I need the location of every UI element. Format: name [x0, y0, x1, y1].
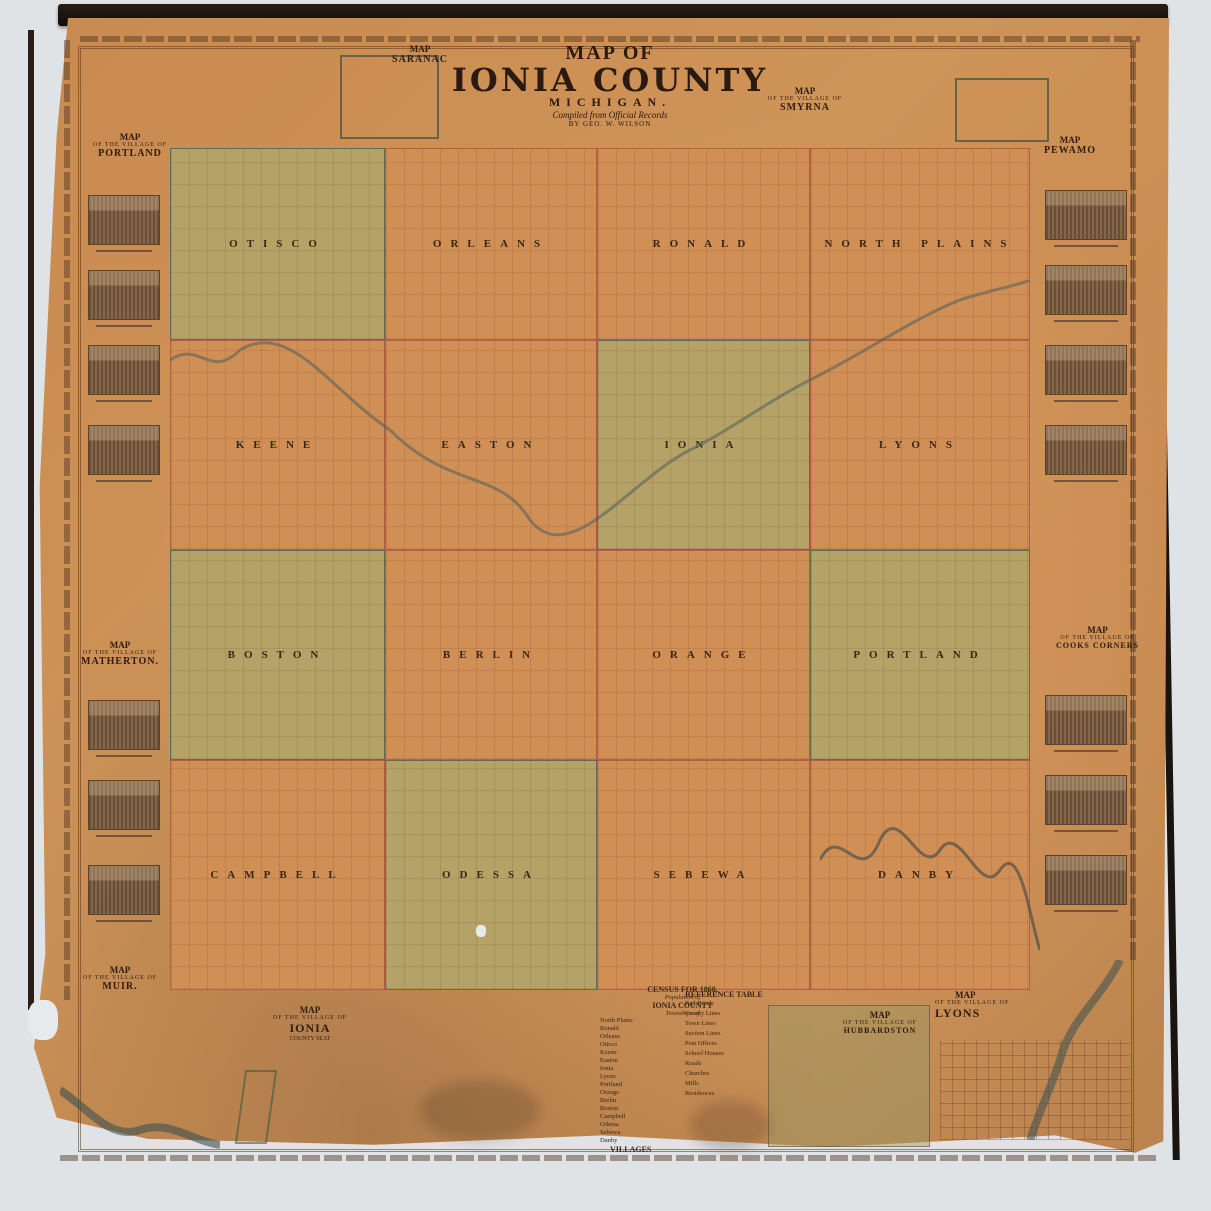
township-campbell: CAMPBELL: [170, 760, 385, 990]
inset-map-label: MAP: [80, 132, 180, 142]
building-engraving: [88, 345, 160, 395]
inset-map-label: MAP: [1025, 135, 1115, 145]
township-label: PORTLAND: [811, 649, 1029, 661]
township-easton: EASTON: [385, 340, 597, 550]
reference-item: Section Lines: [685, 1029, 765, 1039]
census-township-name: Keene: [600, 1049, 617, 1057]
inset-subtitle: COUNTY SEAT: [260, 1036, 360, 1042]
reference-item: County Lines: [685, 1009, 765, 1019]
census-township-name: Berlin: [600, 1097, 616, 1105]
inset-name: MATHERTON.: [70, 656, 170, 667]
township-ionia: IONIA: [597, 340, 810, 550]
township-boston: BOSTON: [170, 550, 385, 760]
building-engraving: [88, 425, 160, 475]
inset-map-label: MAP: [830, 1010, 930, 1020]
census-township-name: Odessa: [600, 1121, 619, 1129]
census-township-name: Sebewa: [600, 1129, 620, 1137]
inset-name: HUBBARDSTON: [830, 1026, 930, 1035]
bottom-chain-border: [60, 1155, 1160, 1161]
reference-table: REFERENCE TABLE Rail RoadsCounty LinesTo…: [685, 990, 765, 1099]
township-label: EASTON: [386, 439, 596, 451]
title-line-2: IONIA COUNTY: [440, 65, 780, 95]
reference-item: School Houses: [685, 1049, 765, 1059]
township-keene: KEENE: [170, 340, 385, 550]
inset-name: MUIR.: [70, 981, 170, 992]
reference-item: Rail Roads: [685, 999, 765, 1009]
stain: [420, 1080, 540, 1140]
title-line-4: Compiled from Official Records: [440, 110, 780, 120]
reference-item: Roads: [685, 1059, 765, 1069]
building-engraving: [1045, 345, 1127, 395]
census-township-name: Boston: [600, 1105, 618, 1113]
building-engraving: [88, 865, 160, 915]
inset-cooks-corners: MAP OF THE VILLAGE OF COOKS CORNERS: [1040, 625, 1155, 650]
building-engraving: [88, 700, 160, 750]
township-north-plains: NORTH PLAINS: [810, 148, 1030, 340]
township-orleans: ORLEANS: [385, 148, 597, 340]
reference-item: Town Lines: [685, 1019, 765, 1029]
township-orange: ORANGE: [597, 550, 810, 760]
township-label: CAMPBELL: [171, 869, 384, 881]
census-township-name: Orange: [600, 1089, 619, 1097]
reference-heading: REFERENCE TABLE: [685, 990, 765, 999]
inset-hubbardston: MAP OF THE VILLAGE OF HUBBARDSTON: [830, 1010, 930, 1035]
building-engraving: [1045, 775, 1127, 825]
township-label: IONIA: [598, 439, 809, 451]
inset-portland: MAP OF THE VILLAGE OF PORTLAND: [80, 132, 180, 159]
torn-corner: [28, 1000, 58, 1040]
building-engraving: [1045, 425, 1127, 475]
lyons-river: [1010, 960, 1130, 1140]
inset-name: PEWAMO: [1025, 145, 1115, 156]
building-engraving: [1045, 855, 1127, 905]
township-label: NORTH PLAINS: [811, 238, 1029, 250]
census-township-name: Orleans: [600, 1033, 620, 1041]
building-engraving: [1045, 190, 1127, 240]
inset-muir: MAP OF THE VILLAGE OF MUIR.: [70, 965, 170, 992]
census-township-name: North Plains: [600, 1017, 633, 1025]
building-engraving: [1045, 265, 1127, 315]
inset-matherton: MAP OF THE VILLAGE OF MATHERTON.: [70, 640, 170, 667]
township-label: OTISCO: [171, 238, 384, 250]
township-otisco: OTISCO: [170, 148, 385, 340]
inset-map-label: MAP: [935, 990, 1015, 1000]
building-engraving: [88, 270, 160, 320]
census-township-name: Ionia: [600, 1065, 613, 1073]
township-label: RONALD: [598, 238, 809, 250]
paper-hole: [476, 925, 486, 937]
township-sebewa: SEBEWA: [597, 760, 810, 990]
inset-name: IONIA: [260, 1021, 360, 1036]
census-township-name: Ronald: [600, 1025, 619, 1033]
census-township-name: Portland: [600, 1081, 622, 1089]
reference-item: Mills: [685, 1079, 765, 1089]
township-label: SEBEWA: [598, 869, 809, 881]
pewamo-boundary: [955, 78, 1049, 142]
building-engraving: [88, 195, 160, 245]
inset-map-label: MAP: [260, 1005, 360, 1015]
township-label: ODESSA: [386, 869, 596, 881]
census-township-name: Danby: [600, 1137, 617, 1145]
danby-river: [820, 780, 1040, 960]
building-engraving: [1045, 695, 1127, 745]
reference-rows: Rail RoadsCounty LinesTown LinesSection …: [685, 999, 765, 1099]
left-chain-border: [64, 40, 70, 1000]
census-township-name: Easton: [600, 1057, 618, 1065]
township-label: LYONS: [811, 439, 1029, 451]
inset-lyons-village: MAP OF THE VILLAGE OF LYONS: [935, 990, 1015, 1021]
inset-map-label: MAP: [760, 86, 850, 96]
map-title-block: MAP OF IONIA COUNTY MICHIGAN. Compiled f…: [440, 42, 780, 128]
inset-map-label: MAP: [1040, 625, 1155, 635]
township-ronald: RONALD: [597, 148, 810, 340]
township-label: KEENE: [171, 439, 384, 451]
township-label: ORLEANS: [386, 238, 596, 250]
township-odessa: ODESSA: [385, 760, 597, 990]
township-label: BOSTON: [171, 649, 384, 661]
stain: [690, 1100, 770, 1150]
township-label: ORANGE: [598, 649, 809, 661]
inset-ionia-village: MAP OF THE VILLAGE OF IONIA COUNTY SEAT: [260, 1005, 360, 1042]
inset-pewamo: MAP PEWAMO: [1025, 135, 1115, 156]
census-township-name: Campbell: [600, 1113, 625, 1121]
left-edge-shadow: [28, 30, 34, 1010]
title-line-5: BY GEO. W. WILSON: [440, 120, 780, 128]
inset-name: PORTLAND: [80, 148, 180, 159]
census-township-name: Lyons: [600, 1073, 616, 1081]
township-berlin: BERLIN: [385, 550, 597, 760]
township-label: BERLIN: [386, 649, 596, 661]
inset-map-label: MAP: [70, 640, 170, 650]
township-portland: PORTLAND: [810, 550, 1030, 760]
building-engraving: [88, 780, 160, 830]
township-lyons: LYONS: [810, 340, 1030, 550]
ionia-village-river: [60, 1080, 220, 1150]
reference-item: Churches: [685, 1069, 765, 1079]
inset-name: LYONS: [935, 1006, 1015, 1021]
reference-item: Residences: [685, 1089, 765, 1099]
inset-map-label: MAP: [70, 965, 170, 975]
saranac-boundary: [340, 55, 439, 139]
reference-item: Post Offices: [685, 1039, 765, 1049]
inset-smyrna: MAP OF THE VILLAGE OF SMYRNA: [760, 86, 850, 113]
inset-name: COOKS CORNERS: [1040, 641, 1155, 650]
inset-name: SMYRNA: [760, 102, 850, 113]
census-township-name: Otisco: [600, 1041, 617, 1049]
